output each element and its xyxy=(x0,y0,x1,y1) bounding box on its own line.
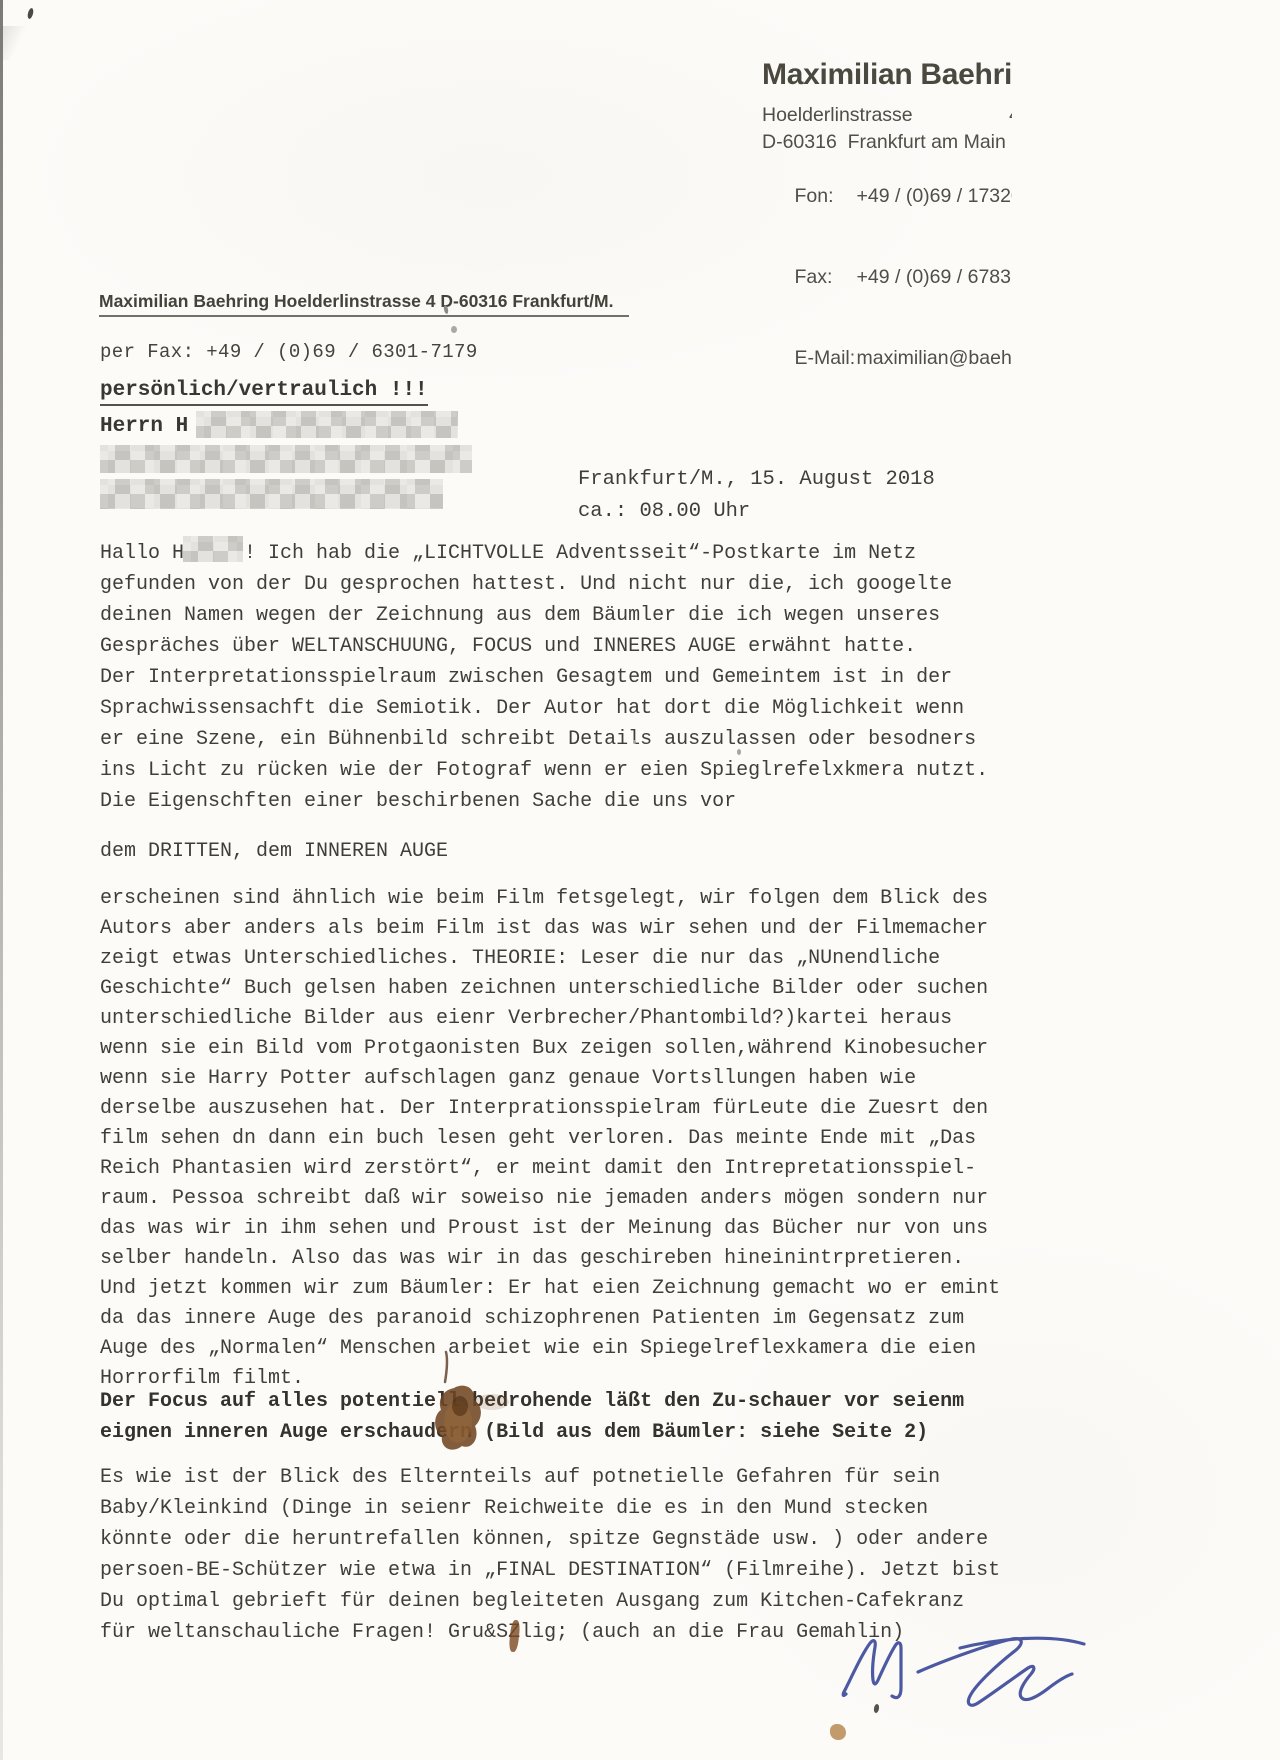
redacted-recipient-street xyxy=(100,445,472,473)
body-paragraph-1: Hallo H ! Ich hab die „LICHTVOLLE Advent… xyxy=(100,538,988,817)
email-label: E-Mail: xyxy=(795,345,857,372)
letterhead-street-row: Hoelderlinstrasse 4 xyxy=(762,102,1012,129)
scan-speck xyxy=(633,740,636,744)
per-fax-line: per Fax: +49 / (0)69 / 6301-7179 xyxy=(100,341,478,363)
body-paragraph-2: dem DRITTEN, dem INNEREN AUGE xyxy=(100,836,448,867)
body-paragraph-4-bold: Der Focus auf alles potentiell bedrohend… xyxy=(100,1386,964,1448)
confidential-notice: persönlich/vertraulich !!! xyxy=(100,379,428,406)
date-time-line: ca.: 08.00 Uhr xyxy=(578,496,935,528)
recipient-salutation: Herrn H xyxy=(100,415,188,438)
letterhead-email-row: E-Mail:maximilian@baehring.at xyxy=(762,318,1012,399)
body-paragraph-3: erscheinen sind ähnlich wie beim Film fe… xyxy=(100,884,1000,1394)
letterhead-name: Maximilian Baehring xyxy=(762,58,1012,92)
scan-speck xyxy=(451,326,457,333)
fon-value: +49 / (0)69 / 17320776 xyxy=(857,185,1012,207)
scan-edge-artifact xyxy=(0,0,3,1760)
ink-blot xyxy=(420,1350,520,1475)
ink-spot xyxy=(830,1724,846,1740)
fax-label: Fax: xyxy=(795,264,857,291)
scan-speck xyxy=(737,749,741,755)
scan-corner-shade xyxy=(0,26,34,60)
date-place-line: Frankfurt/M., 15. August 2018 xyxy=(578,464,935,496)
fax-value: +49 / (0)69 / 67831634 xyxy=(857,266,1012,288)
letterhead-fax-row: Fax:+49 / (0)69 / 67831634 xyxy=(762,237,1012,318)
fon-label: Fon: xyxy=(795,183,857,210)
scan-speck xyxy=(27,8,35,20)
body-paragraph-5: Es wie ist der Blick des Elternteils auf… xyxy=(100,1462,1000,1648)
redacted-recipient-city xyxy=(100,479,443,509)
sender-address-line: Maximilian Baehring Hoelderlinstrasse 4 … xyxy=(99,291,629,317)
letter-page: Maximilian Baehring Hoelderlinstrasse 4 … xyxy=(0,0,1280,1760)
redacted-recipient-name xyxy=(196,411,458,438)
letterhead-fon-row: Fon:+49 / (0)69 / 17320776 xyxy=(762,156,1012,237)
letterhead: Maximilian Baehring Hoelderlinstrasse 4 … xyxy=(762,58,1012,399)
letterhead-city: D-60316 Frankfurt am Main xyxy=(762,129,1012,156)
letterhead-street-number: 4 xyxy=(1009,102,1012,129)
letterhead-street: Hoelderlinstrasse xyxy=(762,102,913,129)
date-block: Frankfurt/M., 15. August 2018 ca.: 08.00… xyxy=(578,464,935,528)
handwritten-signature xyxy=(840,1632,1090,1712)
email-value: maximilian@baehring.at xyxy=(857,347,1012,369)
